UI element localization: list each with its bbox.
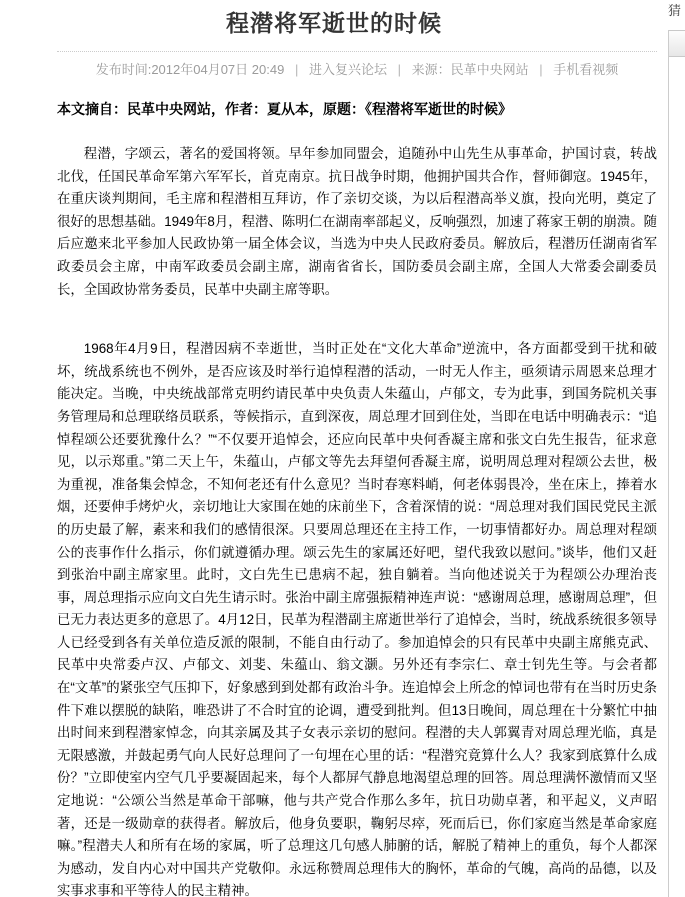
article-meta-bar: 发布时间:2012年04月07日 20:49 | 进入复兴论坛 | 来源：民革中… bbox=[57, 51, 657, 78]
sidebar-clipped-text: 猜 bbox=[668, 3, 685, 19]
meta-separator: | bbox=[295, 62, 298, 77]
column-divider bbox=[668, 30, 669, 897]
article-content: 本文摘自：民革中央网站，作者：夏从本，原题：《程潜将军逝世的时候》 程潜，字颂云… bbox=[57, 100, 657, 897]
meta-separator: | bbox=[398, 62, 401, 77]
mobile-video-link[interactable]: 手机看视频 bbox=[553, 62, 618, 77]
page-title: 程潜将军逝世的时候 bbox=[0, 0, 668, 38]
article-source-line: 本文摘自：民革中央网站，作者：夏从本，原题：《程潜将军逝世的时候》 bbox=[57, 100, 657, 119]
article-column: 程潜将军逝世的时候 发布时间:2012年04月07日 20:49 | 进入复兴论… bbox=[0, 0, 668, 897]
sidebar-tab-fragment[interactable] bbox=[669, 30, 685, 57]
meta-separator: | bbox=[539, 62, 542, 77]
source-prefix: 来源： bbox=[412, 62, 451, 77]
source-link[interactable]: 民革中央网站 bbox=[451, 62, 529, 77]
forum-link[interactable]: 进入复兴论坛 bbox=[309, 62, 387, 77]
publish-time: 发布时间:2012年04月07日 20:49 bbox=[96, 62, 285, 77]
article-paragraph-2: 1968年4月9日，程潜因病不幸逝世，当时正处在“文化大革命”逆流中，各方面都受… bbox=[57, 338, 657, 897]
article-paragraph-1: 程潜，字颂云，著名的爱国将领。早年参加同盟会，追随孙中山先生从事革命，护国讨袁，… bbox=[57, 143, 657, 301]
